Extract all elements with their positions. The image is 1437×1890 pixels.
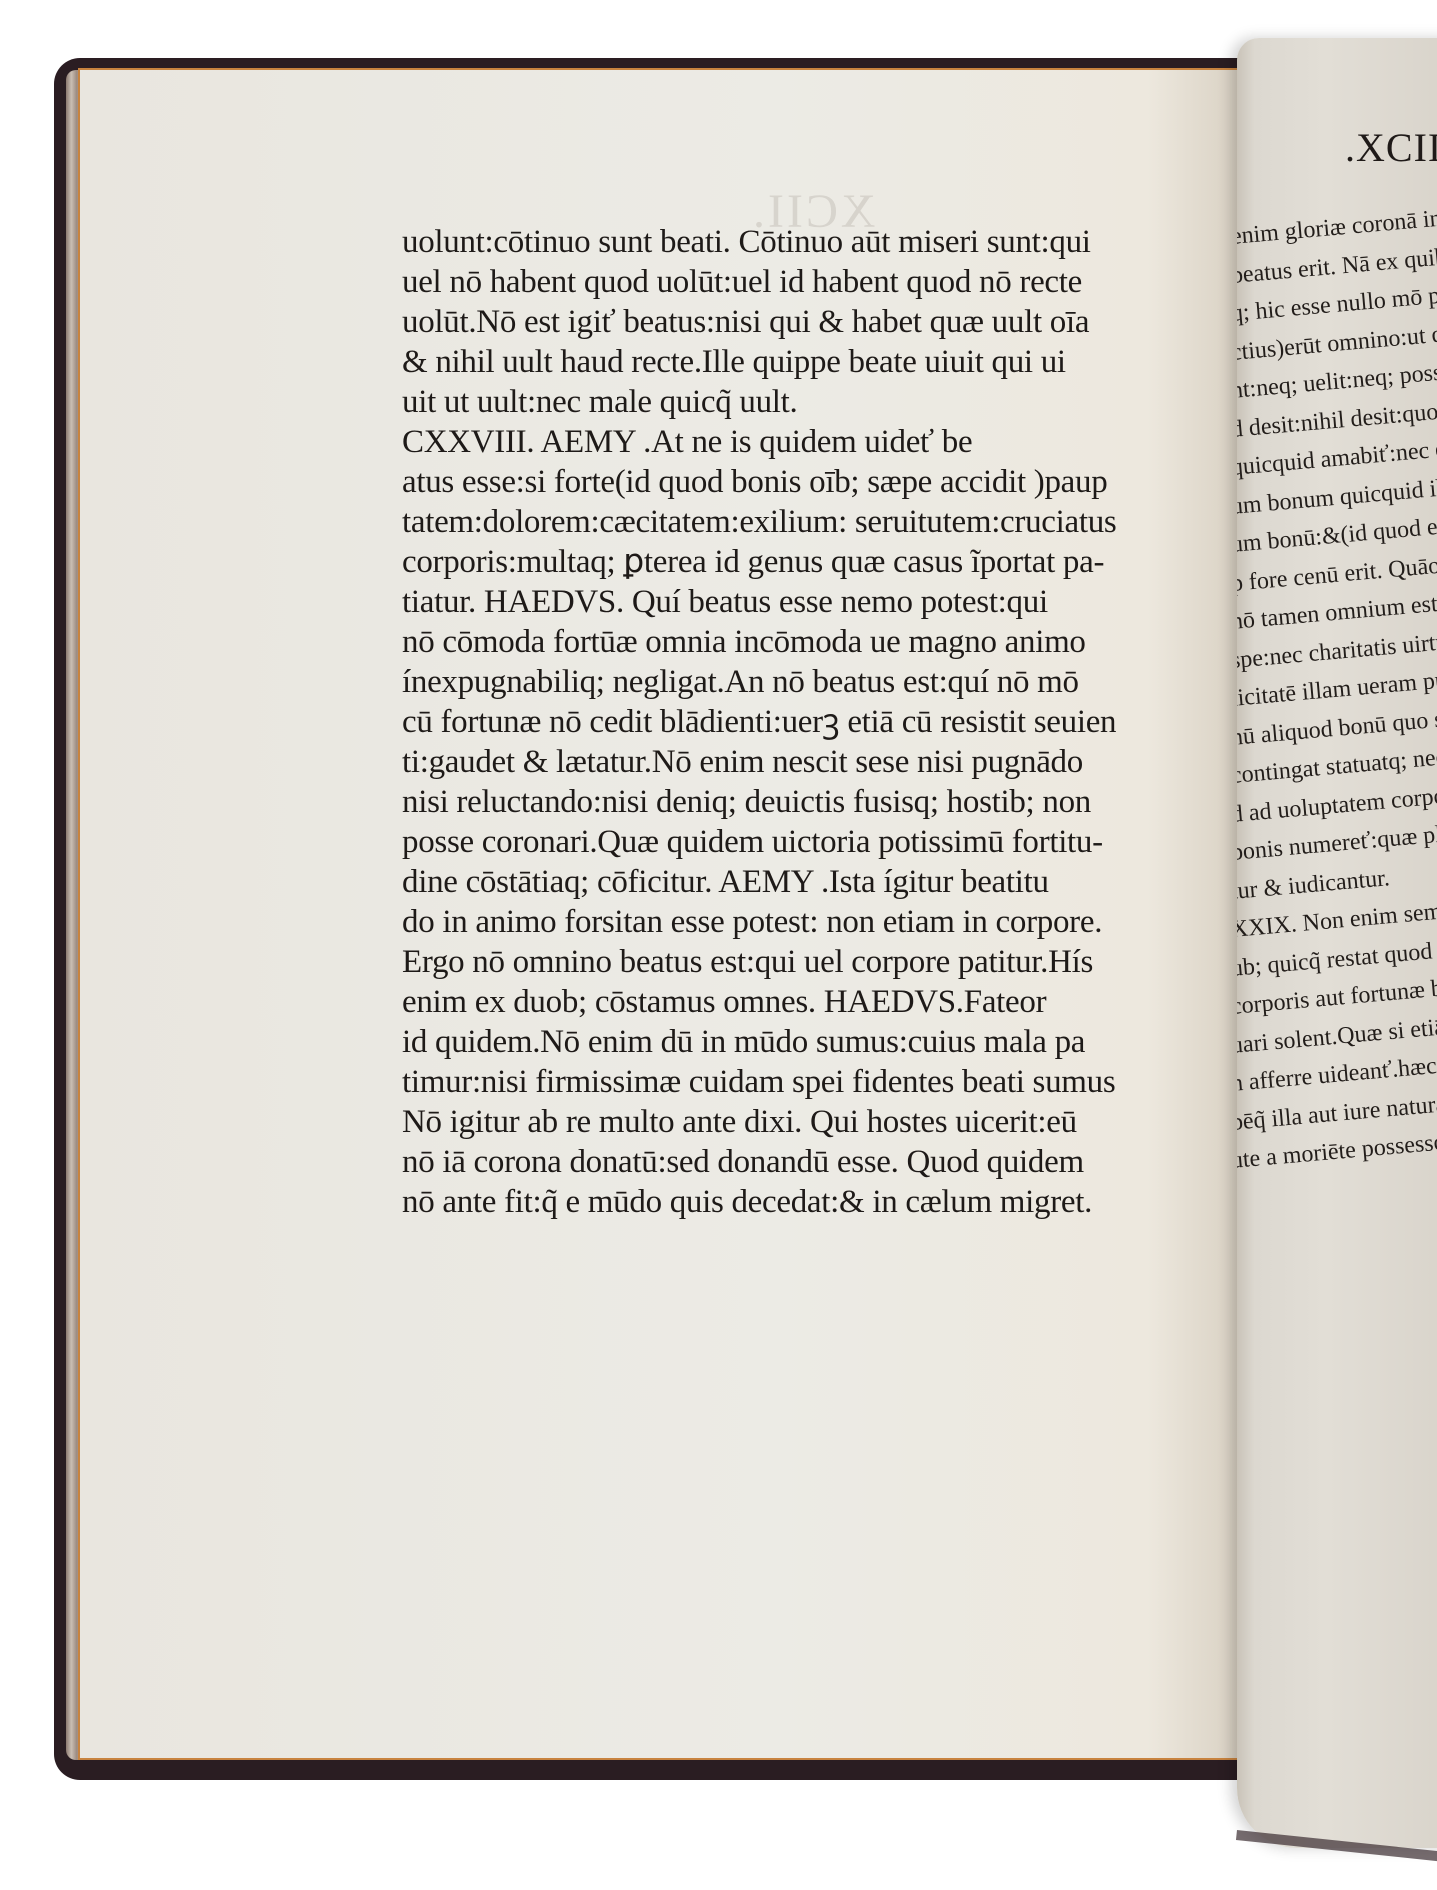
- text-line: corporis:multaq; ꝑterea id genus quæ cas…: [402, 542, 1192, 582]
- text-line: atus esse:si forte(id quod bonis oīb; sæ…: [402, 462, 1192, 502]
- text-line: uit ut uult:nec male quicq̃ uult.: [402, 382, 1192, 422]
- text-line: uolunt:cōtinuo sunt beati. Cōtinuo aūt m…: [402, 222, 1192, 262]
- text-line: Ergo nō omnino beatus est:qui uel corpor…: [402, 942, 1192, 982]
- text-line: cū fortunæ nō cedit blādienti:uerꝫ etiā …: [402, 702, 1192, 742]
- text-line: nō ante fit:q̃ e mūdo quis decedat:& in …: [402, 1182, 1192, 1222]
- text-line: ínexpugnabiliq; negligat.An nō beatus es…: [402, 662, 1192, 702]
- text-line: uolūt.Nō est igiť beatus:nisi qui & habe…: [402, 302, 1192, 342]
- left-page-text-block: uolunt:cōtinuo sunt beati. Cōtinuo aūt m…: [402, 222, 1192, 1222]
- right-page-text-block: enim gloriæ coronā immor beatus erit. Nā…: [1237, 218, 1437, 1181]
- text-line: id quidem.Nō enim dū in mūdo sumus:cuius…: [402, 1022, 1192, 1062]
- text-line: nō cōmoda fortūæ omnia incōmoda ue magno…: [402, 622, 1192, 662]
- text-line: timur:nisi firmissimæ cuidam spei fident…: [402, 1062, 1192, 1102]
- text-line: uel nō habent quod uolūt:uel id habent q…: [402, 262, 1192, 302]
- text-line: dine cōstātiaq; cōficitur. AEMY .Ista íg…: [402, 862, 1192, 902]
- text-line: posse coronari.Quæ quidem uictoria potis…: [402, 822, 1192, 862]
- text-line: nisi reluctando:nisi deniq; deuictis fus…: [402, 782, 1192, 822]
- text-line: tatem:dolorem:cæcitatem:exilium: seruitu…: [402, 502, 1192, 542]
- text-line: enim ex duob; cōstamus omnes. HAEDVS.Fat…: [402, 982, 1192, 1022]
- text-line: tiatur. HAEDVS. Quí beatus esse nemo pot…: [402, 582, 1192, 622]
- chapter-heading-line: CXXVIII. AEMY .At ne is quidem uideť be: [402, 422, 1192, 462]
- right-page-curled: .XCIII. enim gloriæ coronā immor beatus …: [1237, 38, 1437, 1848]
- text-line: do in animo forsitan esse potest: non et…: [402, 902, 1192, 942]
- text-line: ti:gaudet & lætatur.Nō enim nescit sese …: [402, 742, 1192, 782]
- text-line: Nō igitur ab re multo ante dixi. Qui hos…: [402, 1102, 1192, 1142]
- page-number-header: .XCIII.: [1345, 124, 1437, 171]
- text-line: nō iā corona donatū:sed donandū esse. Qu…: [402, 1142, 1192, 1182]
- text-line: & nihil uult haud recte.Ille quippe beat…: [402, 342, 1192, 382]
